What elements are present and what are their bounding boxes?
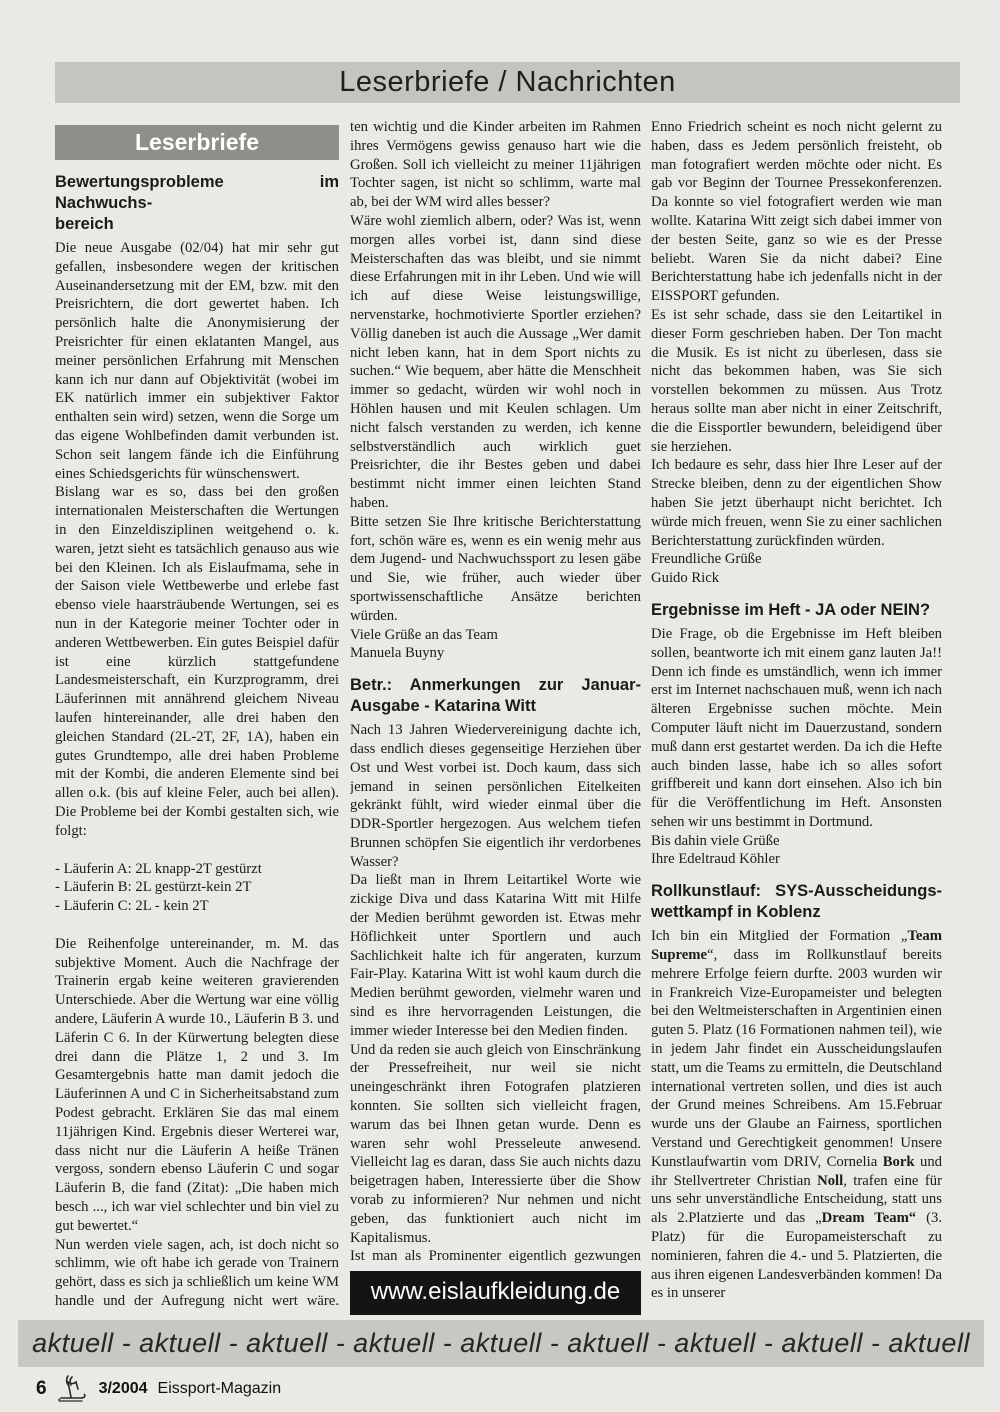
paragraph: Bitte setzen Sie Ihre kritische Berichte… — [350, 513, 641, 626]
page-header-band: Leserbriefe / Nachrichten — [55, 62, 960, 103]
heading-line: Ergebnisse im Heft - JA oder NEIN? — [651, 600, 942, 621]
aktuell-banner: aktuell - aktuell - aktuell - aktuell - … — [18, 1320, 984, 1367]
signature-line: Manuela Buyny — [350, 644, 641, 663]
section-heading-ergebnisse: Ergebnisse im Heft - JA oder NEIN? — [651, 600, 942, 621]
spacer — [55, 916, 339, 935]
paragraph: Die Reihenfolge untereinander, m. M. das… — [55, 935, 339, 1236]
paragraph: Ich bedaure es sehr, dass hier Ihre Lese… — [651, 456, 942, 550]
heading-line: Ausgabe - Katarina Witt — [350, 696, 641, 717]
signature-line: Freundliche Grüße — [651, 550, 942, 569]
text-segment: Ich bin ein Mitglied der Formation „ — [651, 928, 907, 944]
paragraph: Die Frage, ob die Ergebnisse im Heft ble… — [651, 625, 942, 832]
paragraph: Nach 13 Jahren Wiedervereinigung dachte … — [350, 721, 641, 871]
column-left: Leserbriefe Bewertungsprobleme im Nachwu… — [55, 125, 339, 1313]
list-item: - Läuferin B: 2L gestürzt-kein 2T — [55, 878, 339, 897]
page-footer: 6 3/2004 Eissport-Magazin — [36, 1374, 281, 1404]
spacer — [55, 841, 339, 860]
column-right: Enno Friedrich scheint es noch nicht gel… — [651, 118, 942, 1315]
heading-line: bereich — [55, 214, 339, 235]
eislaufkleidung-ad-link[interactable]: www.eislaufkleidung.de — [350, 1271, 641, 1315]
winged-ice-skate-icon — [57, 1374, 89, 1404]
section-heading-bewertungsprobleme: Bewertungsprobleme im Nachwuchs- bereich — [55, 172, 339, 235]
leserbriefe-badge: Leserbriefe — [55, 125, 339, 160]
paragraph: Bislang war es so, dass bei den großen i… — [55, 483, 339, 840]
signature-line: Bis dahin viele Grüße — [651, 832, 942, 851]
paragraph: Ist man als Prominenter eigentlich gezwu… — [350, 1247, 641, 1265]
list-item: - Läuferin A: 2L knapp-2T gestürzt — [55, 860, 339, 879]
section-heading-rollkunstlauf: Rollkunstlauf: SYS-Ausscheidungs- wettka… — [651, 881, 942, 923]
signature-line: Guido Rick — [651, 569, 942, 588]
paragraph: Es ist sehr schade, dass sie den Leitart… — [651, 306, 942, 456]
text-segment: “, dass im Rollkunstlauf bereits mehrere… — [651, 947, 942, 1170]
paragraph: Da ließt man in Ihrem Leitartikel Worte … — [350, 871, 641, 1040]
heading-line: Betr.: Anmerkungen zur Januar- — [350, 675, 641, 696]
text-segment-bold: Dream Team“ — [822, 1210, 917, 1226]
paragraph: Enno Friedrich scheint es noch nicht gel… — [651, 118, 942, 306]
paragraph-with-bold: Ich bin ein Mitglied der Formation „Team… — [651, 927, 942, 1303]
paragraph: Die neue Ausgabe (02/04) hat mir sehr gu… — [55, 239, 339, 483]
signature-line: Ihre Edeltraud Köhler — [651, 850, 942, 869]
paragraph: Wäre wohl ziemlich albern, oder? Was ist… — [350, 212, 641, 513]
paragraph: ten wichtig und die Kinder arbeiten im R… — [350, 118, 641, 212]
text-segment-bold: Bork — [883, 1154, 915, 1170]
heading-line: wettkampf in Koblenz — [651, 902, 942, 923]
text-segment-bold: Noll — [817, 1173, 843, 1189]
paragraph: Und da reden sie auch gleich von Einschr… — [350, 1041, 641, 1248]
magazine-name: Eissport-Magazin — [158, 1380, 282, 1398]
column-middle: ten wichtig und die Kinder arbeiten im R… — [350, 118, 641, 1265]
magazine-page: Leserbriefe / Nachrichten Leserbriefe Be… — [0, 0, 1000, 1412]
page-number: 6 — [36, 1378, 47, 1400]
heading-line: Rollkunstlauf: SYS-Ausscheidungs- — [651, 881, 942, 902]
issue-number: 3/2004 — [99, 1380, 148, 1398]
section-heading-katarina-witt: Betr.: Anmerkungen zur Januar- Ausgabe -… — [350, 675, 641, 717]
page-title: Leserbriefe / Nachrichten — [339, 66, 676, 99]
list-item: - Läuferin C: 2L - kein 2T — [55, 897, 339, 916]
heading-line: Bewertungsprobleme im Nachwuchs- — [55, 172, 339, 214]
signature-line: Viele Grüße an das Team — [350, 626, 641, 645]
paragraph: Nun werden viele sagen, ach, ist doch ni… — [55, 1236, 339, 1313]
